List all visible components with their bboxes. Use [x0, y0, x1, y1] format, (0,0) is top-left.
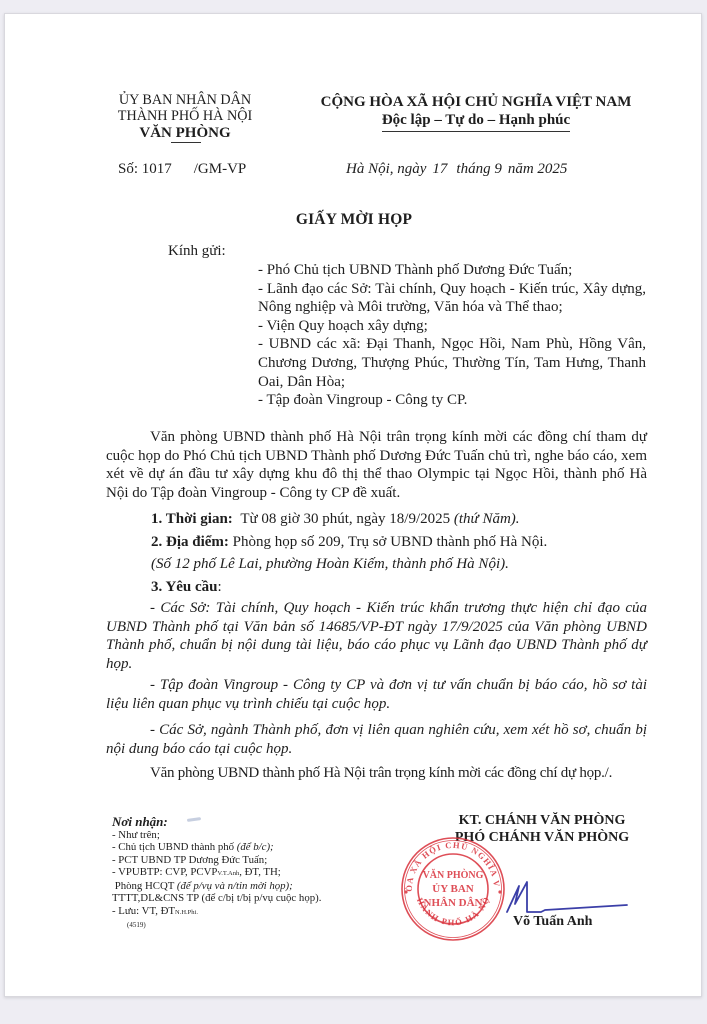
- national-motto: Độc lập – Tự do – Hạnh phúc: [382, 111, 570, 129]
- distribution-line: - Như trên;: [112, 829, 321, 841]
- distribution-line: - PCT UBND TP Dương Đức Tuấn;: [112, 854, 321, 866]
- location-label: 2. Địa điểm:: [151, 534, 229, 550]
- intro-text: Văn phòng UBND thành phố Hà Nội trân trọ…: [106, 428, 647, 502]
- requirements-label: 3. Yêu cầu: [151, 579, 218, 595]
- requirement-text: - Các Sở: Tài chính, Quy hoạch - Kiến tr…: [106, 599, 647, 673]
- distribution-code: (4519): [112, 919, 321, 931]
- intro-paragraph: Văn phòng UBND thành phố Hà Nội trân trọ…: [106, 428, 647, 502]
- place-date: Hà Nội, ngày17tháng 9năm 2025: [346, 161, 567, 178]
- requirement-item: - Tập đoàn Vingroup - Công ty CP và đơn …: [106, 676, 647, 713]
- recipient-item: - Lãnh đạo các Sở: Tài chính, Quy hoạch …: [258, 280, 646, 317]
- recipient-item: - Tập đoàn Vingroup - Công ty CP.: [258, 391, 646, 410]
- recipient-list: - Phó Chủ tịch UBND Thành phố Dương Đức …: [258, 261, 646, 410]
- document-title: GIẤY MỜI HỌP: [5, 211, 703, 229]
- time-value: Từ 08 giờ 30 phút, ngày 18/9/2025: [240, 511, 450, 527]
- official-seal: CỘNG HÒA XÃ HỘI CHỦ NGHĨA VIỆT NAM THÀNH…: [398, 834, 508, 944]
- recipient-item: - UBND các xã: Đại Thanh, Ngọc Hồi, Nam …: [258, 335, 646, 391]
- agency-line-2: THÀNH PHỐ HÀ NỘI: [105, 108, 265, 124]
- doc-number-prefix: Số: 1017: [118, 161, 172, 177]
- requirement-item: - Các Sở: Tài chính, Quy hoạch - Kiến tr…: [106, 599, 647, 673]
- location-value: Phòng họp số 209, Trụ sở UBND thành phố …: [233, 534, 548, 550]
- distribution-line: - VPUBTP: CVP, PCVPV.T.Anh, ĐT, TH;: [112, 866, 321, 880]
- time-label: 1. Thời gian:: [151, 511, 233, 527]
- date-month: tháng 9: [456, 161, 501, 177]
- agency-office: VĂN PHÒNG: [139, 125, 230, 141]
- requirement-text: - Tập đoàn Vingroup - Công ty CP và đơn …: [106, 676, 647, 713]
- recipient-item: - Phó Chủ tịch UBND Thành phố Dương Đức …: [258, 261, 646, 280]
- location-address: (Số 12 phố Lê Lai, phường Hoàn Kiếm, thà…: [151, 556, 509, 573]
- recipient-item: - Viện Quy hoạch xây dựng;: [258, 317, 646, 336]
- issuing-agency: ỦY BAN NHÂN DÂN THÀNH PHỐ HÀ NỘI VĂN PHÒ…: [105, 92, 265, 141]
- distribution-line: - Lưu: VT, ĐTN.H.Phi.: [112, 905, 321, 919]
- nation-name: CỘNG HÒA XÃ HỘI CHỦ NGHĨA VIỆT NAM: [303, 93, 649, 111]
- doc-number-suffix: /GM-VP: [194, 161, 247, 177]
- seal-center-2: ỦY BAN: [432, 883, 474, 895]
- requirement-item: - Các Sở, ngành Thành phố, đơn vị liên q…: [106, 721, 647, 758]
- meeting-location: 2. Địa điểm: Phòng họp số 209, Trụ sở UB…: [151, 534, 547, 551]
- document-number: Số: 1017/GM-VP: [118, 161, 246, 178]
- distribution-list: Nơi nhận: - Như trên;- Chủ tịch UBND thà…: [112, 814, 321, 931]
- national-header: CỘNG HÒA XÃ HỘI CHỦ NGHĨA VIỆT NAM Độc l…: [303, 93, 649, 129]
- distribution-line: - Chủ tịch UBND thành phố (để b/c);: [112, 841, 321, 853]
- time-note: (thứ Năm).: [454, 511, 520, 527]
- date-day: 17: [432, 161, 447, 177]
- distribution-line: Phòng HCQT (để p/vụ và n/tin mời họp);: [112, 880, 321, 892]
- handwritten-signature: [505, 874, 635, 919]
- date-year: năm 2025: [508, 161, 568, 177]
- seal-center-3: NHÂN DÂN: [424, 897, 483, 909]
- meeting-time: 1. Thời gian: Từ 08 giờ 30 phút, ngày 18…: [151, 511, 520, 528]
- requirements-colon: :: [218, 579, 222, 595]
- seal-center-1: VĂN PHÒNG: [423, 869, 484, 881]
- signature-title-1: KT. CHÁNH VĂN PHÒNG: [437, 813, 647, 830]
- place-date-prefix: Hà Nội, ngày: [346, 161, 426, 177]
- distribution-line: TTTT,DL&CNS TP (để c/bị t/bị p/vụ cuộc h…: [112, 892, 321, 904]
- document-page: ỦY BAN NHÂN DÂN THÀNH PHỐ HÀ NỘI VĂN PHÒ…: [4, 13, 702, 997]
- closing-line: Văn phòng UBND thành phố Hà Nội trân trọ…: [150, 765, 612, 782]
- signer-name: Võ Tuấn Anh: [513, 914, 592, 930]
- agency-line-1: ỦY BAN NHÂN DÂN: [105, 92, 265, 108]
- requirements-heading: 3. Yêu cầu:: [151, 579, 222, 596]
- requirement-text: - Các Sở, ngành Thành phố, đơn vị liên q…: [106, 721, 647, 758]
- greeting: Kính gửi:: [168, 243, 226, 260]
- distribution-heading: Nơi nhận:: [112, 814, 321, 829]
- distribution-lines: - Như trên;- Chủ tịch UBND thành phố (để…: [112, 829, 321, 919]
